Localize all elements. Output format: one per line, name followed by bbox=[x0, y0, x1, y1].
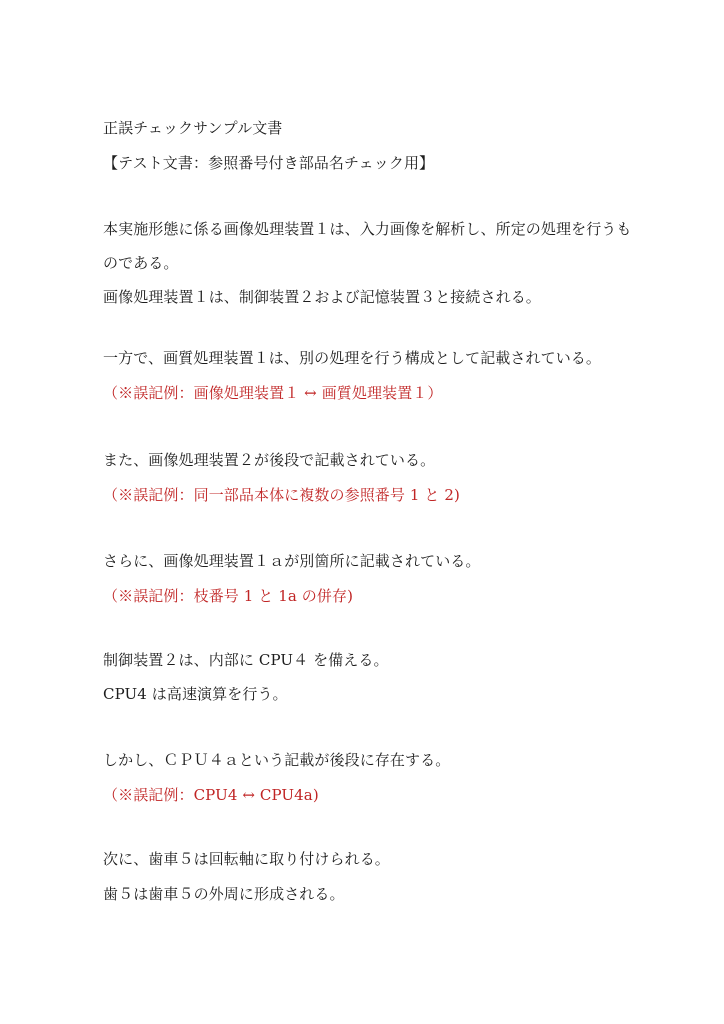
text-line: 制御装置２は、内部に CPU４ を備える。 bbox=[103, 650, 389, 670]
error-note: （※誤記例：CPU4 ↔ CPU4a) bbox=[103, 785, 319, 805]
text-line: CPU4 は高速演算を行う。 bbox=[103, 684, 288, 704]
text-line: また、画像処理装置２が後段で記載されている。 bbox=[103, 450, 435, 470]
text-line: さらに、画像処理装置１ａが別箇所に記載されている。 bbox=[103, 551, 481, 571]
text-line: 本実施形態に係る画像処理装置１は、入力画像を解析し、所定の処理を行うも bbox=[103, 219, 632, 239]
text-line: 画像処理装置１は、制御装置２および記憶装置３と接続される。 bbox=[103, 287, 541, 307]
text-line: のである。 bbox=[103, 253, 179, 273]
document-title: 正誤チェックサンプル文書 bbox=[103, 118, 282, 138]
text-line: 一方で、画質処理装置１は、別の処理を行う構成として記載されている。 bbox=[103, 348, 601, 368]
error-note: （※誤記例：同一部品本体に複数の参照番号 1 と 2) bbox=[103, 485, 460, 505]
error-note: （※誤記例：画像処理装置１ ↔ 画質処理装置１） bbox=[103, 383, 443, 403]
document-page: 正誤チェックサンプル文書 【テスト文書：参照番号付き部品名チェック用】 本実施形… bbox=[0, 0, 724, 1024]
text-line: 次に、歯車５は回転軸に取り付けられる。 bbox=[103, 849, 390, 869]
text-line: しかし、ＣＰＵ４ａという記載が後段に存在する。 bbox=[103, 750, 450, 770]
error-note: （※誤記例：枝番号 1 と 1a の併存) bbox=[103, 586, 353, 606]
text-line: 歯５は歯車５の外周に形成される。 bbox=[103, 884, 345, 904]
document-subtitle: 【テスト文書：参照番号付き部品名チェック用】 bbox=[103, 153, 434, 173]
